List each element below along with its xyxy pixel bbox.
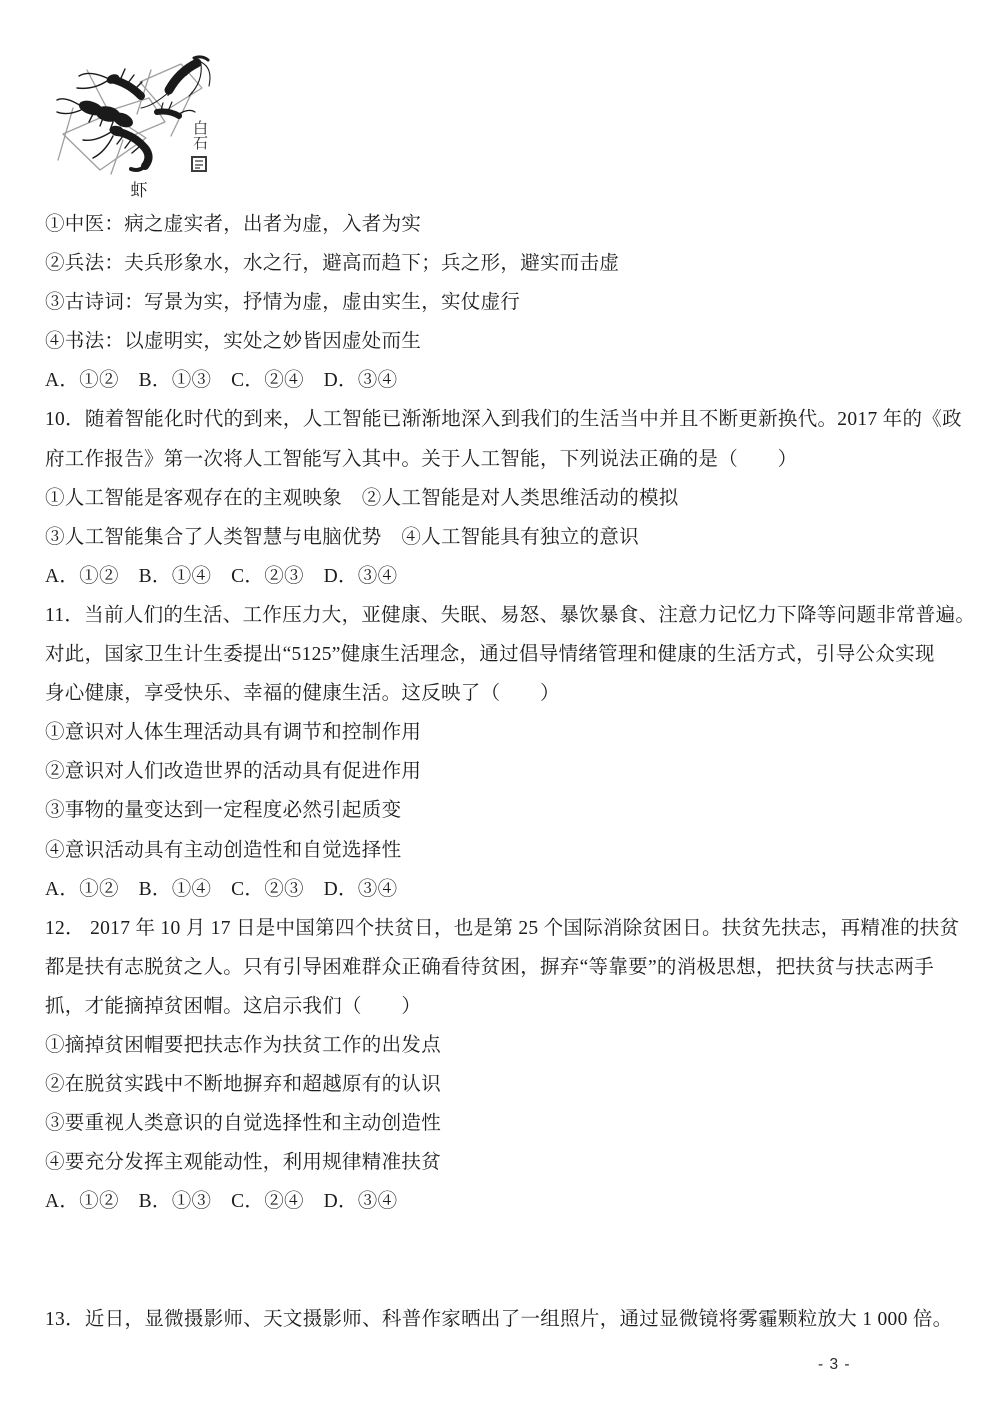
blank-line [45, 1261, 950, 1300]
q11-stem-line-1: 11．当前人们的生活、工作压力大，亚健康、失眠、易怒、暴饮暴食、注意力记忆力下降… [45, 596, 950, 635]
q12-answer-row: A．①② B．①③ C．②④ D．③④ [45, 1182, 950, 1221]
shrimp-painting: 白石 [53, 48, 225, 181]
blank-line [45, 1221, 950, 1260]
q10-stem-line-2: 府工作报告》第一次将人工智能写入其中。关于人工智能，下列说法正确的是（ ） [45, 440, 950, 479]
q12-option-line-4: ④要充分发挥主观能动性，利用规律精准扶贫 [45, 1143, 950, 1182]
painting-signature: 白石 [191, 120, 208, 150]
q9-answer-row: A．①② B．①③ C．②④ D．③④ [45, 361, 950, 400]
painting-caption: 虾 [53, 182, 225, 200]
painting-seal-icon [192, 157, 206, 171]
q11-option-line-2: ②意识对人们改造世界的活动具有促进作用 [45, 752, 950, 791]
q12-stem-line-2: 都是扶有志脱贫之人。只有引导困难群众正确看待贫困，摒弃“等靠要”的消极思想，把扶… [45, 948, 950, 987]
q9-option-line-1: ①中医：病之虚实者，出者为虚，入者为实 [45, 205, 950, 244]
q12-option-line-2: ②在脱贫实践中不断地摒弃和超越原有的认识 [45, 1065, 950, 1104]
q11-stem-line-3: 身心健康，享受快乐、幸福的健康生活。这反映了（ ） [45, 674, 950, 713]
q10-option-line-1: ①人工智能是客观存在的主观映象 ②人工智能是对人类思维活动的模拟 [45, 479, 950, 518]
page-number: - 3 - [818, 1356, 851, 1374]
q13-stem-line-1: 13．近日，显微摄影师、天文摄影师、科普作家晒出了一组照片，通过显微镜将雾霾颗粒… [45, 1300, 950, 1339]
q10-stem-line-1: 10．随着智能化时代的到来，人工智能已渐渐地深入到我们的生活当中并且不断更新换代… [45, 400, 950, 439]
q11-option-line-4: ④意识活动具有主动创造性和自觉选择性 [45, 831, 950, 870]
q11-option-line-1: ①意识对人体生理活动具有调节和控制作用 [45, 713, 950, 752]
q9-option-line-2: ②兵法：夫兵形象水，水之行，避高而趋下；兵之形，避实而击虚 [45, 244, 950, 283]
q10-option-line-2: ③人工智能集合了人类智慧与电脑优势 ④人工智能具有独立的意识 [45, 518, 950, 557]
shrimps-ink [57, 57, 210, 170]
q12-option-line-1: ①摘掉贫困帽要把扶志作为扶贫工作的出发点 [45, 1026, 950, 1065]
q9-option-line-3: ③古诗词：写景为实，抒情为虚，虚由实生，实仗虚行 [45, 283, 950, 322]
q11-answer-row: A．①② B．①④ C．②③ D．③④ [45, 870, 950, 909]
q11-stem-line-2: 对此，国家卫生计生委提出“5125”健康生活理念，通过倡导情绪管理和健康的生活方… [45, 635, 950, 674]
q10-answer-row: A．①② B．①④ C．②③ D．③④ [45, 557, 950, 596]
q12-option-line-3: ③要重视人类意识的自觉选择性和主动创造性 [45, 1104, 950, 1143]
q12-stem-line-3: 抓，才能摘掉贫困帽。这启示我们（ ） [45, 987, 950, 1026]
q9-option-line-4: ④书法：以虚明实，实处之妙皆因虚处而生 [45, 322, 950, 361]
q11-option-line-3: ③事物的量变达到一定程度必然引起质变 [45, 791, 950, 830]
exam-page: 白石 虾 ①中医：病之虚实者，出者为虚，入者为实 ②兵法：夫兵形象水，水之行，避… [0, 0, 992, 1403]
shrimp-painting-figure: 白石 虾 [53, 48, 225, 200]
q12-stem-line-1: 12． 2017 年 10 月 17 日是中国第四个扶贫日，也是第 25 个国际… [45, 909, 950, 948]
question-text-block: ①中医：病之虚实者，出者为虚，入者为实 ②兵法：夫兵形象水，水之行，避高而趋下；… [45, 205, 950, 1339]
